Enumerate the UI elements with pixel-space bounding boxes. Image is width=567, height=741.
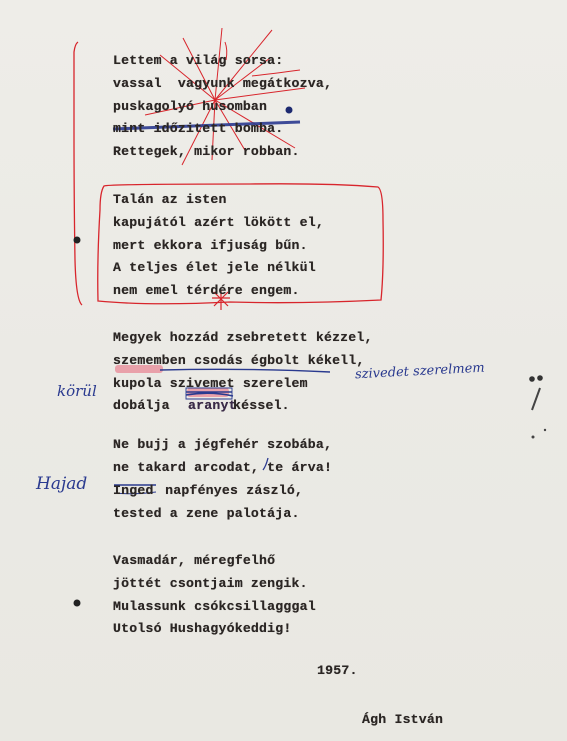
- stanza2-line1: Talán az isten: [113, 192, 227, 207]
- blue-scribble-aranyt: [186, 392, 233, 396]
- left-bracket-mark: [74, 42, 82, 305]
- stanza2-line3: mert ekkora ifjuság bűn.: [113, 238, 308, 253]
- date: 1957.: [317, 663, 358, 678]
- stanza3-line4-start: dobálja: [113, 398, 178, 413]
- ink-dot-left-2: [74, 600, 81, 607]
- stanza3-line4-end: késsel.: [233, 398, 290, 413]
- stanza4-line2: ne takard arcodat, te árva!: [113, 460, 332, 475]
- stanza4-line1: Ne bujj a jégfehér szobába,: [113, 437, 332, 452]
- stanza2-line4: A teljes élet jele nélkül: [113, 260, 316, 275]
- handwritten-szivedet-szerelmem: szivedet szerelmem: [355, 361, 485, 383]
- blue-dot-mark: [286, 107, 293, 114]
- blue-strike-szivemet: [160, 369, 330, 372]
- stanza5-line1: Vasmadár, méregfelhő: [113, 553, 275, 568]
- ink-dot-left: [74, 237, 81, 244]
- stanza4-line4: tested a zene palotája.: [113, 506, 300, 521]
- stanza2-line2: kapujától azért lökött el,: [113, 215, 324, 230]
- handwritten-korul: körül: [57, 382, 97, 400]
- stanza5-line2: jöttét csontjaim zengik.: [113, 576, 308, 591]
- stanza1-line1: Lettem a világ sorsa:: [113, 53, 283, 68]
- stanza1-line2: vassal vagyunk megátkozva,: [113, 76, 332, 91]
- stanza3-line3-struck: kupola szivemet szerelem: [113, 376, 308, 391]
- stanza3-line2: szememben csodás égbolt kékell,: [113, 353, 365, 368]
- stanza4-line3-rest: napfényes zászló,: [157, 483, 303, 498]
- stanza2-line5: nem emel térdére engem.: [113, 283, 300, 298]
- stanza5-line3: Mulassunk csókcsillagggal: [113, 599, 316, 614]
- stanza5-line4: Utolsó Hushagyókeddig!: [113, 621, 292, 636]
- stanza1-line5: Rettegek, mikor robban.: [113, 144, 300, 159]
- stanza4-line3-struck-word: Inged: [113, 483, 154, 498]
- author-signature: Ágh István: [362, 712, 443, 727]
- stanza3-line1: Megyek hozzád zsebretett kézzel,: [113, 330, 373, 345]
- stanza1-line3: puskagolyó husomban: [113, 99, 267, 114]
- handwritten-hajad: Hajad: [36, 474, 87, 494]
- stanza3-struck-word: aranyt: [188, 398, 237, 413]
- stanza1-line4-struck: mint időzitett bomba.: [113, 121, 283, 136]
- manuscript-page: Lettem a világ sorsa: vassal vagyunk meg…: [0, 0, 567, 741]
